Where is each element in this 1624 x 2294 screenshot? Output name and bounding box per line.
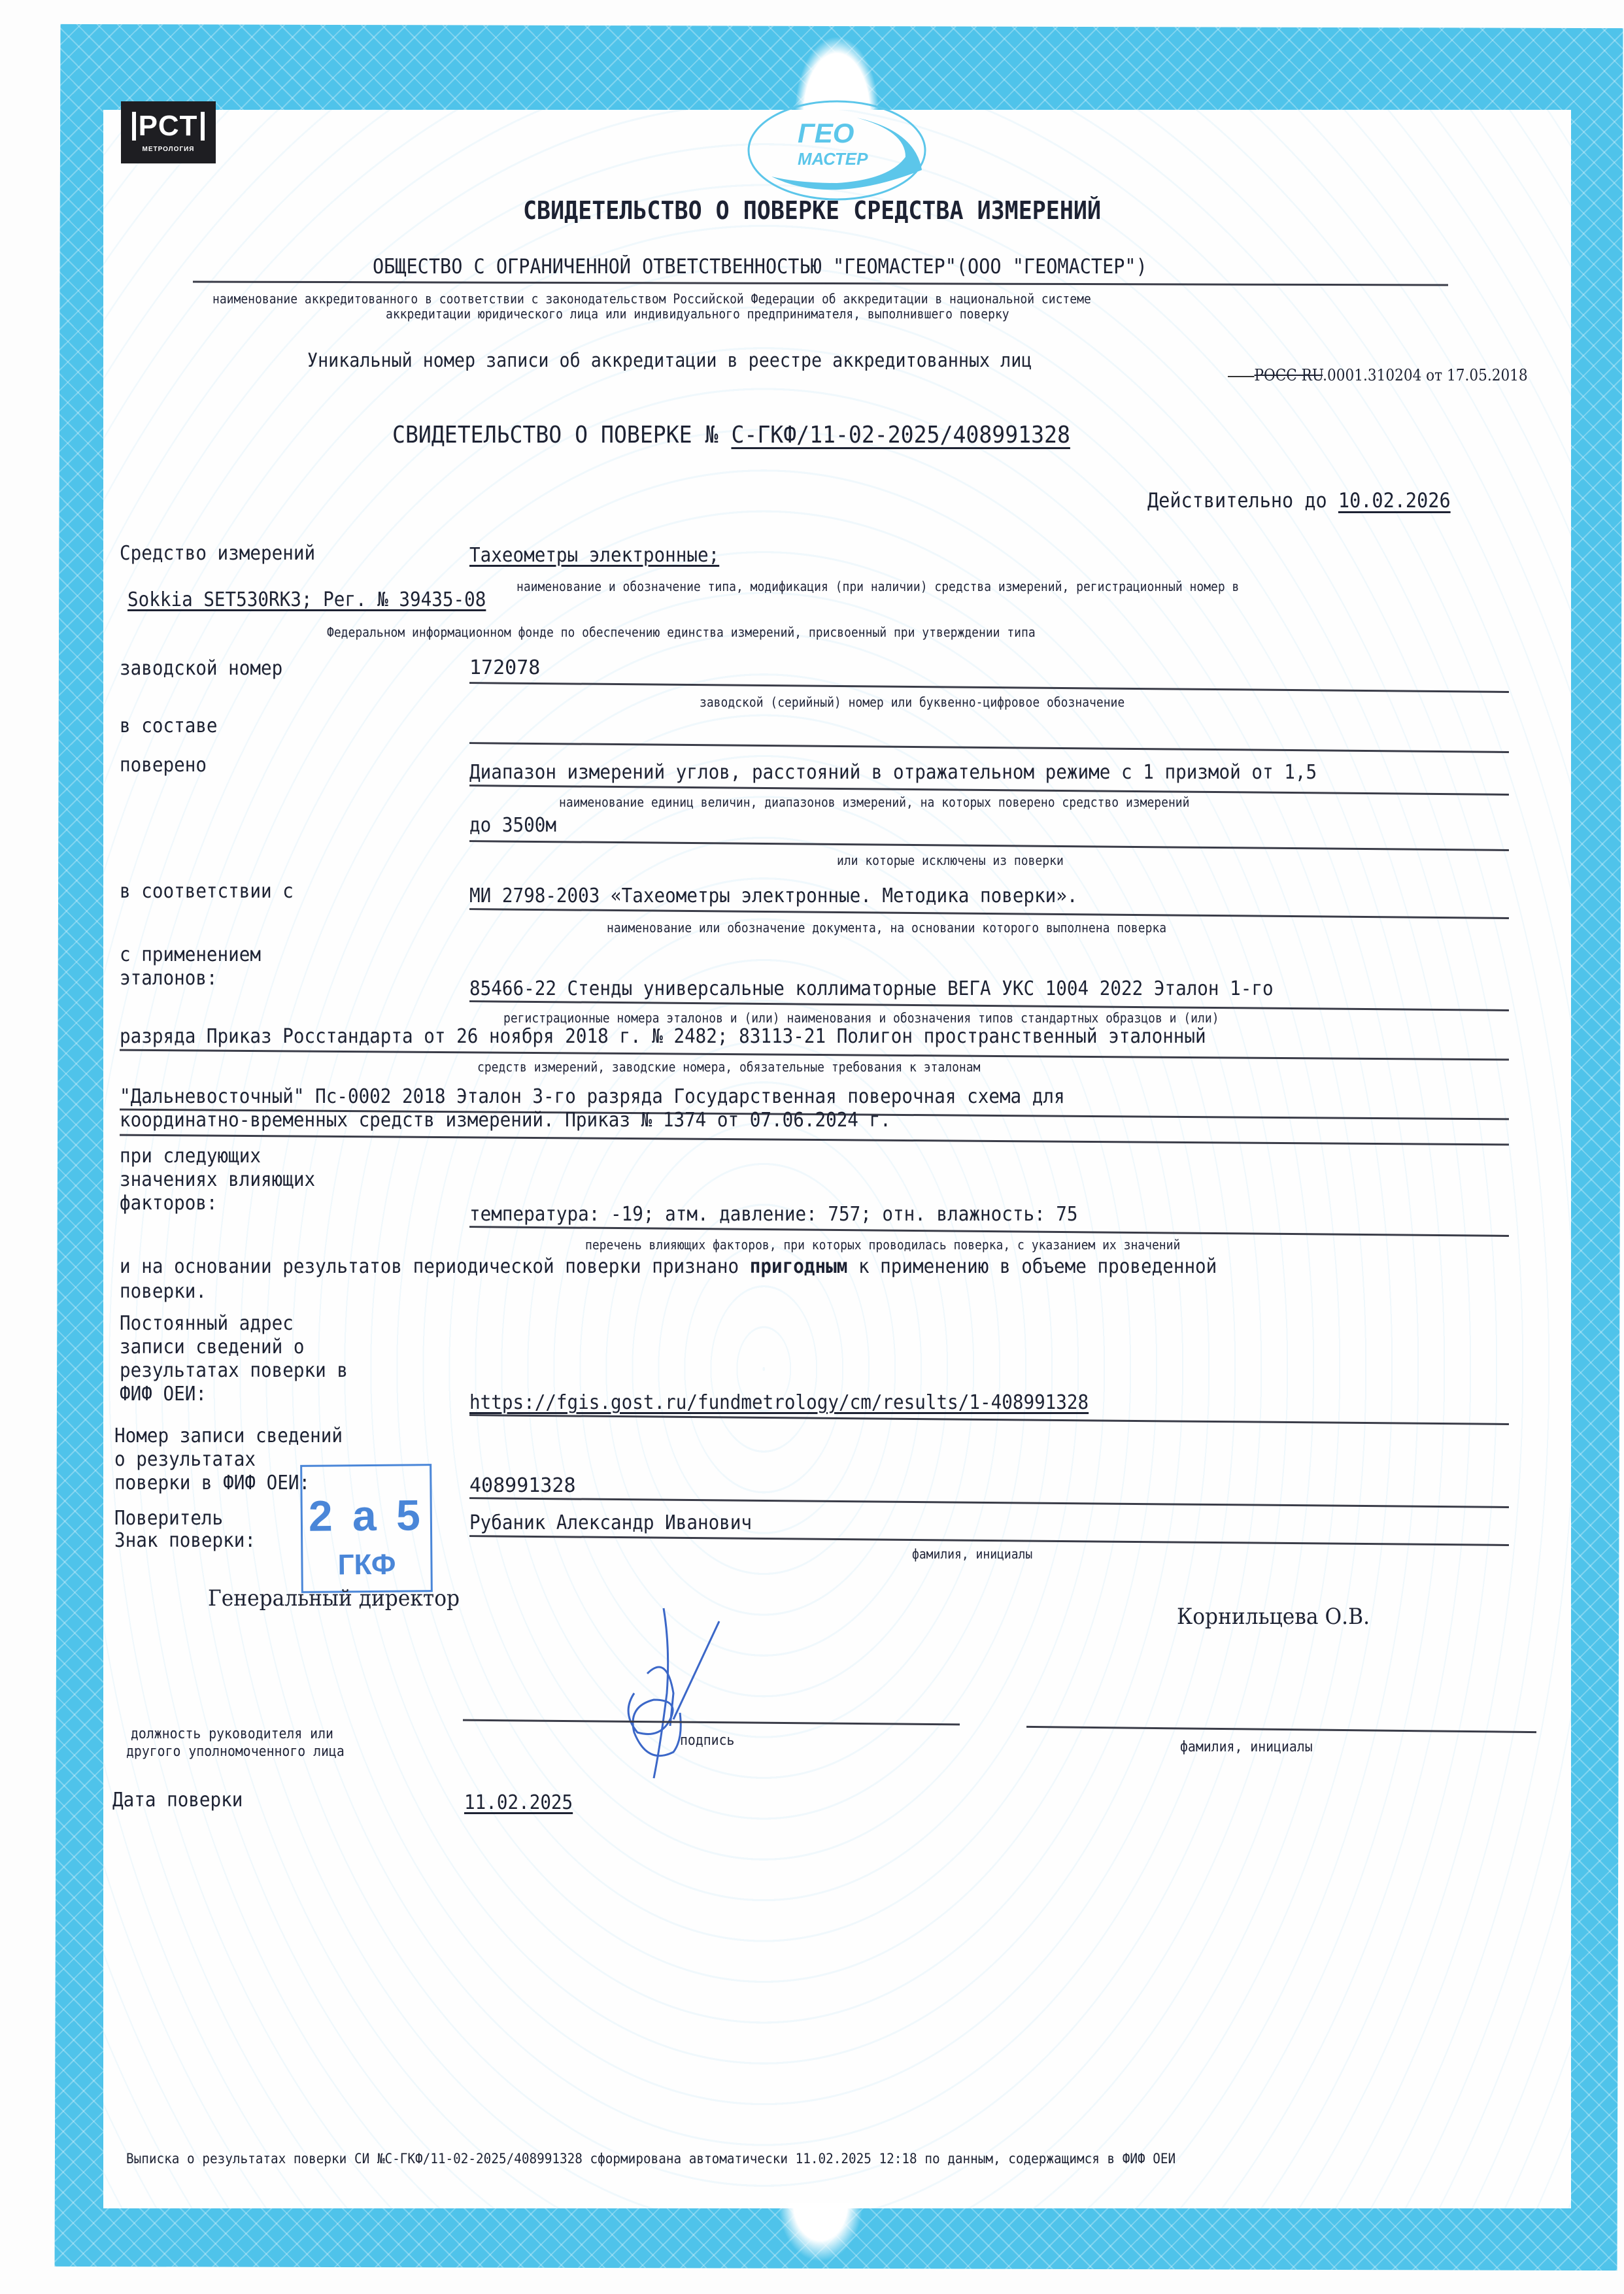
- address-label-1: Постоянный адрес: [120, 1311, 294, 1336]
- certificate-number-row: СВИДЕТЕЛЬСТВО О ПОВЕРКЕ № С-ГКФ/11-02-20…: [392, 422, 1070, 448]
- geomaster-logo-line1: ГЕО: [798, 118, 854, 148]
- record-label-2: о результатах: [114, 1447, 256, 1472]
- verifier-hint: фамилия, инициалы: [912, 1546, 1032, 1562]
- valid-until-row: Действительно до 10.02.2026: [1147, 489, 1451, 513]
- serial-hint: заводской (серийный) номер или буквенно-…: [700, 694, 1125, 710]
- standards-value-3: "Дальневосточный" Пс-0002 2018 Эталон 3-…: [120, 1085, 1065, 1108]
- standards-value-1: 85466-22 Стенды универсальные коллиматор…: [469, 977, 1274, 1000]
- address-label-2: записи сведений о: [120, 1335, 304, 1359]
- signer-position: Генеральный директор: [208, 1585, 460, 1611]
- accreditation-value: .0001.310204 от 17.05.2018: [1323, 366, 1528, 384]
- serial-value: 172078: [469, 656, 540, 679]
- address-label-3: результатах поверки в: [120, 1358, 348, 1383]
- standards-value-4: координатно-временных средств измерений.…: [120, 1109, 891, 1132]
- position-hint-1: должность руководителя или: [131, 1726, 333, 1742]
- organization-name: ОБЩЕСТВО С ОГРАНИЧЕННОЙ ОТВЕТСТВЕННОСТЬЮ…: [373, 255, 1147, 278]
- conditions-label-2: значениях влияющих: [120, 1168, 315, 1192]
- date-label: Дата поверки: [112, 1788, 243, 1812]
- position-hint-2: другого уполномоченного лица: [126, 1744, 345, 1760]
- mark-label: Знак поверки:: [114, 1528, 256, 1553]
- according-to-hint: наименование или обозначение документа, …: [607, 920, 1166, 936]
- verified-label: поверено: [120, 753, 207, 777]
- conditions-label-1: при следующих: [120, 1144, 261, 1168]
- verified-hint-1: наименование единиц величин, диапазонов …: [559, 794, 1189, 810]
- date-value: 11.02.2025: [464, 1791, 573, 1814]
- valid-until-date: 10.02.2026: [1338, 489, 1451, 513]
- composition-label: в составе: [120, 714, 218, 738]
- verified-range: Диапазон измерений углов, расстояний в о…: [469, 761, 1317, 784]
- document-title: СВИДЕТЕЛЬСТВО О ПОВЕРКЕ СРЕДСТВА ИЗМЕРЕН…: [65, 196, 1559, 225]
- instrument-model: Sokkia SET530RK3; Рег. № 39435-08: [127, 588, 486, 611]
- conditions-value: температура: -19; атм. давление: 757; от…: [469, 1203, 1078, 1226]
- rst-metrology-logo: РСТ МЕТРОЛОГИЯ: [121, 101, 216, 163]
- rst-logo-mark: РСТ: [132, 112, 205, 141]
- conclusion-verdict: пригодным: [750, 1255, 848, 1278]
- according-to-value: МИ 2798-2003 «Тахеометры электронные. Ме…: [469, 885, 1078, 907]
- geomaster-logo-line2: МАСТЕР: [798, 149, 868, 169]
- verification-stamp: 2 а 5 ГКФ: [300, 1464, 433, 1593]
- instrument-label: Средство измерений: [120, 541, 315, 565]
- conditions-label-3: факторов:: [120, 1191, 218, 1215]
- standards-hint-1: регистрационные номера эталонов и (или) …: [503, 1010, 1219, 1026]
- conclusion-text-after: к применению в объеме проведенной: [847, 1255, 1217, 1278]
- certificate-number-label: СВИДЕТЕЛЬСТВО О ПОВЕРКЕ №: [392, 422, 719, 448]
- signer-name-hint: фамилия, инициалы: [1180, 1739, 1313, 1755]
- signature-icon: [608, 1595, 804, 1791]
- accreditation-number: РОСС RU.0001.310204 от 17.05.2018: [1228, 366, 1528, 384]
- instrument-hint-1: наименование и обозначение типа, модифик…: [516, 579, 1239, 594]
- instrument-value: Тахеометры электронные;: [469, 544, 719, 567]
- accreditation-prefix: РОСС RU: [1255, 366, 1323, 384]
- conclusion-text-before: и на основании результатов периодической…: [120, 1255, 750, 1278]
- instrument-hint-2: Федеральном информационном фонде по обес…: [327, 624, 1036, 640]
- stamp-code: ГКФ: [303, 1548, 430, 1582]
- footer-note: Выписка о результатах поверки СИ №С-ГКФ/…: [126, 2151, 1176, 2167]
- organization-hint-2: аккредитации юридического лица или индив…: [386, 306, 1009, 322]
- record-label-1: Номер записи сведений: [114, 1424, 343, 1448]
- conditions-hint: перечень влияющих факторов, при которых …: [585, 1237, 1180, 1253]
- record-label-3: поверки в ФИФ ОЕИ:: [114, 1471, 310, 1495]
- signature-hint: подпись: [680, 1732, 734, 1749]
- address-label-4: ФИФ ОЕИ:: [120, 1382, 207, 1406]
- results-link[interactable]: https://fgis.gost.ru/fundmetrology/cm/re…: [469, 1391, 1089, 1414]
- certificate-number: С-ГКФ/11-02-2025/408991328: [731, 422, 1070, 448]
- serial-label: заводской номер: [120, 656, 282, 681]
- conclusion-line-1: и на основании результатов периодической…: [120, 1255, 1217, 1278]
- verified-range-end: до 3500м: [469, 814, 556, 837]
- organization-hint-1: наименование аккредитованного в соответс…: [212, 291, 1091, 307]
- standards-label-1: с применением: [120, 943, 261, 967]
- standards-label-2: эталонов:: [120, 966, 218, 990]
- verifier-name: Рубаник Александр Иванович: [469, 1511, 752, 1534]
- verifier-label: Поверитель: [114, 1506, 223, 1530]
- valid-until-label: Действительно до: [1147, 489, 1327, 513]
- standards-value-2: разряда Приказ Росстандарта от 26 ноября…: [120, 1025, 1206, 1048]
- rst-logo-caption: МЕТРОЛОГИЯ: [142, 146, 194, 153]
- record-number-value: 408991328: [469, 1474, 576, 1497]
- geomaster-logo: ГЕО МАСТЕР: [726, 92, 948, 203]
- stamp-number: 2 а 5: [303, 1493, 431, 1538]
- conclusion-line-2: поверки.: [120, 1279, 207, 1304]
- verified-hint-2: или которые исключены из поверки: [837, 852, 1064, 868]
- according-to-label: в соответствии с: [120, 879, 294, 903]
- standards-hint-2: средств измерений, заводские номера, обя…: [477, 1059, 980, 1075]
- signer-name: Корнильцева О.В.: [1177, 1604, 1370, 1630]
- border-crest-bottom: [778, 2203, 863, 2262]
- accreditation-label: Уникальный номер записи об аккредитации …: [307, 349, 1032, 371]
